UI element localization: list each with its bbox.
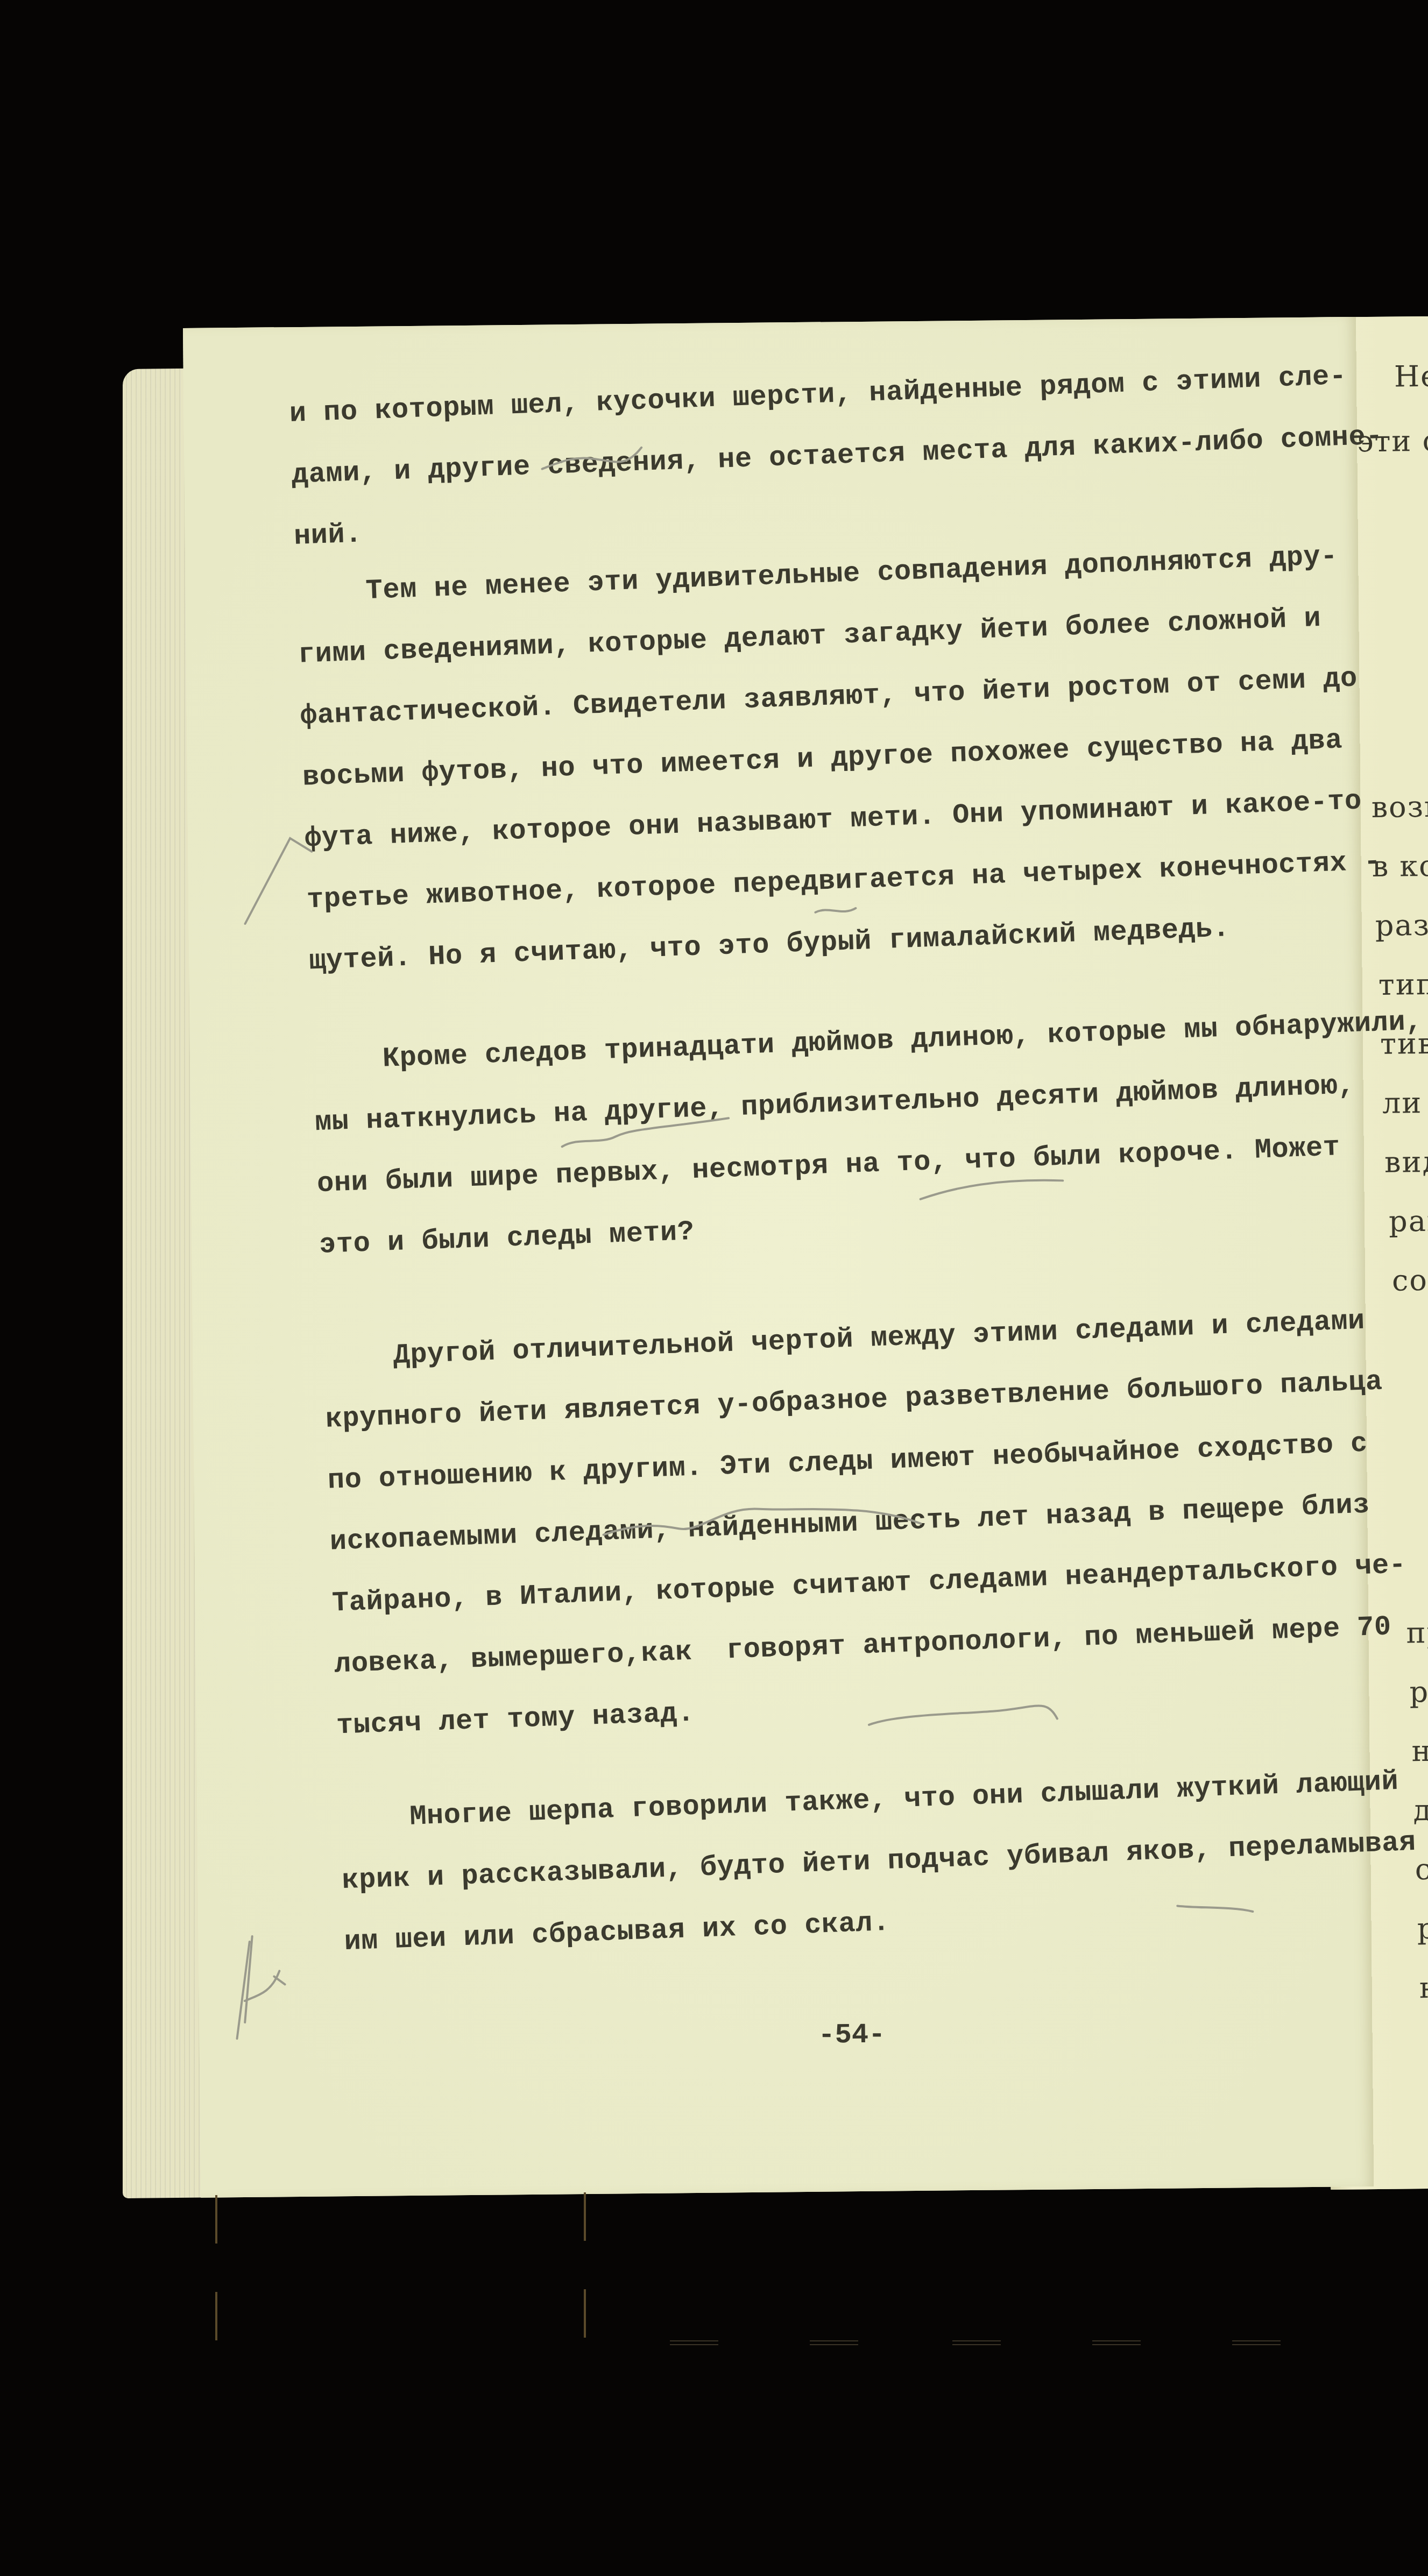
page-body: и по которым шел, кусочки шерсти, найден… [288, 347, 1367, 1973]
scanner-mark [810, 2340, 858, 2345]
facing-fragment: но [1419, 1971, 1428, 2005]
scanned-book-spread: Не эти с возг в ко разд типа тив, ли и в… [0, 0, 1428, 2576]
facing-fragment: со [1392, 1263, 1428, 1298]
paragraph: Кроме следов тринадцати дюймов длиною, к… [312, 994, 1342, 1276]
facing-fragment: ру [1409, 1675, 1428, 1709]
facing-fragment: разд [1375, 908, 1428, 943]
scanner-mark [1232, 2340, 1281, 2345]
facing-fragment: ран [1389, 1204, 1428, 1239]
scanner-slot [215, 2292, 217, 2340]
facing-fragment: виде [1384, 1144, 1428, 1179]
paragraph: Тем не менее эти удивительные совпадения… [295, 527, 1332, 992]
bracket-mark [244, 838, 313, 924]
facing-fragment: про [1406, 1615, 1428, 1650]
scanner-mark [1092, 2340, 1141, 2345]
scanner-slot [584, 2289, 586, 2338]
facing-fragment: ра [1417, 1912, 1428, 1946]
page-number: -54- [818, 2019, 885, 2051]
scanner-slot [584, 2192, 586, 2241]
paragraph: Многие шерпа говорили также, что они слы… [339, 1752, 1367, 1973]
facing-fragment: не [1411, 1734, 1428, 1768]
handwritten-mark [236, 1936, 286, 2039]
paragraph: Другой отличительной чертой между этими … [322, 1291, 1359, 1757]
scanner-slot [215, 2195, 217, 2244]
typewritten-page: и по которым шел, кусочки шерсти, найден… [183, 317, 1374, 2198]
facing-fragment: ди [1413, 1793, 1428, 1828]
scanner-mark [952, 2340, 1001, 2345]
facing-fragment: Не [1394, 359, 1428, 394]
facing-fragment: се [1415, 1852, 1428, 1887]
scanner-mark [670, 2340, 718, 2345]
facing-fragment: возг [1371, 790, 1428, 824]
facing-fragment: ли и [1382, 1086, 1428, 1120]
